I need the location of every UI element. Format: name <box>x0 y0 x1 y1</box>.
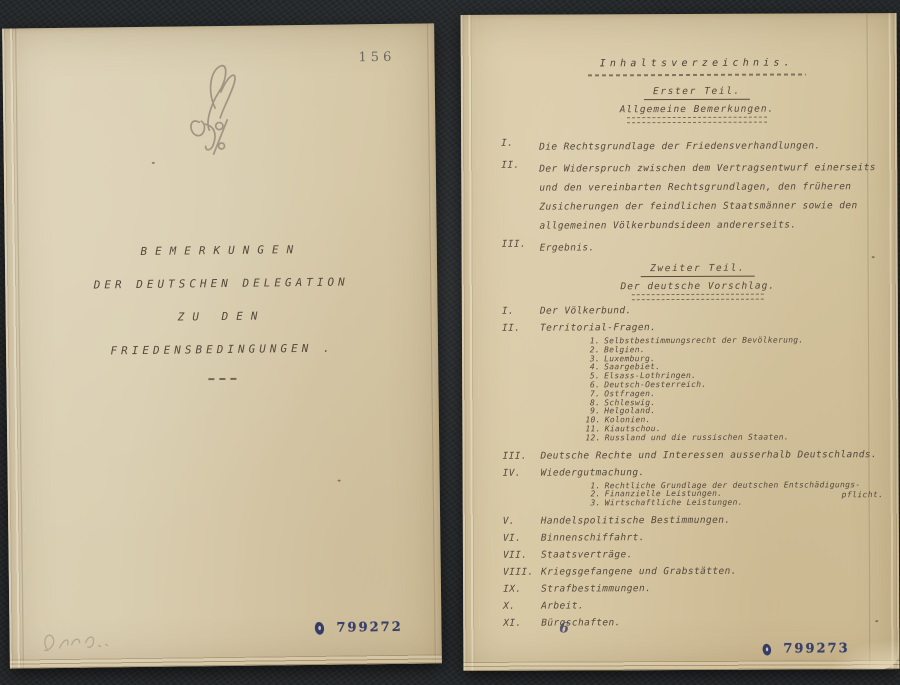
paper-speck <box>872 256 875 258</box>
part1-subtitle-underline <box>627 117 767 124</box>
toc-item-line: Arbeit. <box>541 599 895 613</box>
toc-sub-item-text: Russland und die russischen Staaten. <box>605 433 789 443</box>
stamp-oval-icon <box>313 621 325 636</box>
toc-item-line: Strafbestimmungen. <box>541 582 895 596</box>
toc-item-text: Der Widerspruch zwischen dem Vertragsent… <box>539 158 893 236</box>
title-line: BEMERKUNGEN <box>5 231 437 269</box>
toc-sub-item: 12.Russland und die russischen Staaten. <box>585 433 894 443</box>
pencil-signature-mark <box>35 625 119 666</box>
toc-item-text: Ergebnis. <box>540 237 894 258</box>
toc-item-numeral: X. <box>503 601 541 613</box>
part2-subtitle-underline <box>632 294 764 301</box>
toc-item-numeral: VII. <box>503 550 541 562</box>
toc-item: V.Handelspolitische Bestimmungen. <box>503 514 895 528</box>
title-line: DER DEUTSCHEN DELEGATION <box>5 264 437 302</box>
toc-sub-item-number: 3. <box>586 500 601 509</box>
toc-item: IV.Wiedergutmachung.1.Rechtliche Grundla… <box>503 466 895 511</box>
part2-title: Zweiter Teil. <box>502 262 894 275</box>
stamp-oval-icon <box>761 642 772 656</box>
toc-item: III.Deutsche Rechte und Interessen ausse… <box>502 449 894 463</box>
toc-sub-list: 1.Selbstbestimmungsrecht der Bevölkerung… <box>585 336 894 443</box>
pencil-scribble-initials <box>174 58 259 159</box>
part1-title-text: Erster Teil. <box>644 86 750 100</box>
toc-item-numeral: VIII. <box>503 567 541 579</box>
stamp-number: 799272 <box>336 620 402 636</box>
title-line: ZU DEN <box>5 297 437 335</box>
toc-item-line: Kriegsgefangene und Grabstätten. <box>541 565 895 579</box>
toc-item-line: und den vereinbarten Rechtsgrundlagen, d… <box>539 177 893 198</box>
right-page-table-of-contents: Inhaltsverzeichnis. Erster Teil. Allgeme… <box>461 13 900 671</box>
photo-of-open-archive-folder: 156 BEMERKUNGEN DER DEUTSCHEN DELEGATION… <box>0 0 900 685</box>
part1-subtitle: Allgemeine Bemerkungen. <box>501 103 893 116</box>
toc-item-line: Wiedergutmachung. <box>541 466 895 480</box>
ink-margin-numeral: 6 <box>559 620 569 636</box>
paper-speck <box>338 480 341 482</box>
toc-item: III.Ergebnis. <box>502 237 894 258</box>
toc-heading: Inhaltsverzeichnis. <box>501 57 893 70</box>
toc-sub-item-text: Wirtschaftliche Leistungen. <box>605 499 743 508</box>
toc-item: VI.Binnenschiffahrt. <box>503 531 895 545</box>
toc-content: Inhaltsverzeichnis. Erster Teil. Allgeme… <box>501 57 896 635</box>
toc-item-line: Territorial-Fragen. <box>540 321 894 335</box>
part1-items: I.Die Rechtsgrundlage der Friedensverhan… <box>501 136 894 258</box>
toc-item-line: allgemeinen Völkerbundsideen andererseit… <box>539 215 893 236</box>
toc-item-numeral: I. <box>501 138 539 157</box>
toc-item-line: Binnenschiffahrt. <box>541 531 895 545</box>
page-number-stamp: 156 <box>358 50 395 65</box>
toc-item-numeral: V. <box>503 516 541 528</box>
toc-item-text: Deutsche Rechte und Interessen ausserhal… <box>540 449 894 463</box>
toc-item-numeral: III. <box>502 239 540 258</box>
document-title: BEMERKUNGEN DER DEUTSCHEN DELEGATION ZU … <box>5 231 439 382</box>
toc-item-numeral: II. <box>502 323 541 446</box>
paper-speck <box>152 162 155 164</box>
toc-item-line: Zusicherungen der feindlichen Staatsmänn… <box>539 196 893 217</box>
toc-item-text: Handelspolitische Bestimmungen. <box>541 514 895 528</box>
toc-item-numeral: VI. <box>503 533 541 545</box>
toc-item: IX.Strafbestimmungen. <box>503 582 895 596</box>
paper-speck <box>875 620 878 622</box>
toc-item-text: Staatsverträge. <box>541 548 895 562</box>
part1-title: Erster Teil. <box>501 85 893 98</box>
toc-item-line: Handelspolitische Bestimmungen. <box>541 514 895 528</box>
toc-item-numeral: III. <box>502 450 540 462</box>
wrapped-word: pflicht. <box>842 490 884 499</box>
toc-item-line: Der Widerspruch zwischen dem Vertragsent… <box>539 158 893 179</box>
stamp-number: 799273 <box>783 641 849 656</box>
toc-item: X.Arbeit. <box>503 599 895 613</box>
toc-item-text: Wiedergutmachung.1.Rechtliche Grundlage … <box>541 466 895 511</box>
archive-number-stamp: 799272 <box>313 620 402 636</box>
toc-item-text: Arbeit. <box>541 599 895 613</box>
toc-item-text: Binnenschiffahrt. <box>541 531 895 545</box>
toc-item-numeral: XI. <box>503 618 541 630</box>
toc-item-line: Der Völkerbund. <box>540 304 894 318</box>
toc-item-text: Territorial-Fragen.1.Selbstbestimmungsre… <box>540 321 895 445</box>
toc-sub-list: 1.Rechtliche Grundlage der deutschen Ent… <box>586 481 895 509</box>
toc-item: I.Die Rechtsgrundlage der Friedensverhan… <box>501 136 893 157</box>
part2-subtitle: Der deutsche Vorschlag. <box>502 280 894 293</box>
toc-item: I.Der Völkerbund. <box>502 304 894 318</box>
title-underline-dashes <box>208 378 236 380</box>
toc-item-numeral: IX. <box>503 584 541 596</box>
part2-items: I.Der Völkerbund.II.Territorial-Fragen.1… <box>502 304 895 630</box>
toc-item: VIII.Kriegsgefangene und Grabstätten. <box>503 565 895 579</box>
toc-item-text: Strafbestimmungen. <box>541 582 895 596</box>
toc-item-line: Bürgschaften. <box>541 616 895 630</box>
part2-title-text: Zweiter Teil. <box>641 263 754 277</box>
toc-item-line: Deutsche Rechte und Interessen ausserhal… <box>540 449 894 463</box>
toc-item-line: Ergebnis. <box>540 237 894 258</box>
heading-dashed-underline <box>588 73 806 76</box>
toc-item-numeral: I. <box>502 306 540 318</box>
archive-number-stamp: 799273 <box>761 641 849 656</box>
toc-item-line: Die Rechtsgrundlage der Friedensverhandl… <box>539 136 893 157</box>
toc-sub-item-number: 12. <box>585 434 600 443</box>
toc-item: II.Der Widerspruch zwischen dem Vertrags… <box>501 158 893 236</box>
left-page-title-page: 156 BEMERKUNGEN DER DEUTSCHEN DELEGATION… <box>2 23 442 668</box>
title-line: FRIEDENSBEDINGUNGEN . <box>6 330 438 368</box>
toc-sub-item: 3.Wirtschaftliche Leistungen. <box>586 498 895 508</box>
right-page-edge-stack <box>461 15 480 671</box>
toc-item-numeral: IV. <box>503 467 541 511</box>
toc-item: II.Territorial-Fragen.1.Selbstbestimmung… <box>502 321 895 445</box>
toc-item-text: Bürgschaften. <box>541 616 895 630</box>
toc-item: VII.Staatsverträge. <box>503 548 895 562</box>
toc-item-line: Staatsverträge. <box>541 548 895 562</box>
toc-item-text: Die Rechtsgrundlage der Friedensverhandl… <box>539 136 893 157</box>
toc-item-text: Der Völkerbund. <box>540 304 894 318</box>
toc-item-text: Kriegsgefangene und Grabstätten. <box>541 565 895 579</box>
toc-item-numeral: II. <box>501 160 539 236</box>
